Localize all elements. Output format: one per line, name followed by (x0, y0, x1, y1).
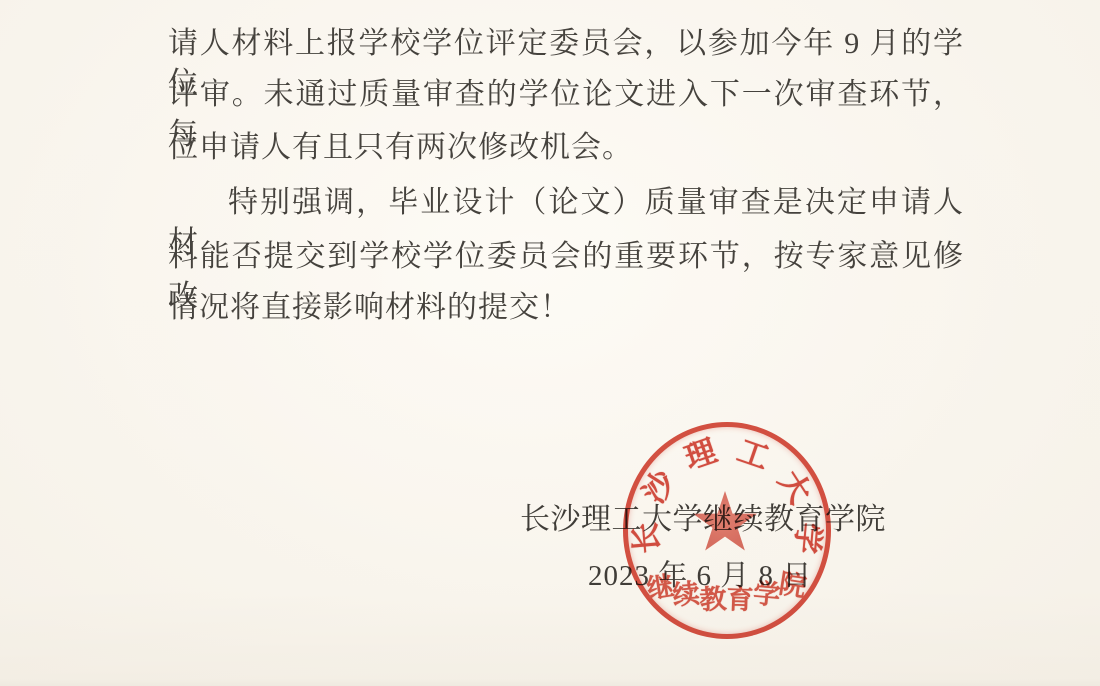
signature-org: 长沙理工大学继续教育学院 (520, 500, 886, 540)
body-line: 情况将直接影响材料的提交！ (168, 288, 964, 328)
body-line: 位申请人有且只有两次修改机会。 (168, 128, 964, 168)
signature-date: 2023 年 6 月 8 日 (588, 556, 812, 596)
